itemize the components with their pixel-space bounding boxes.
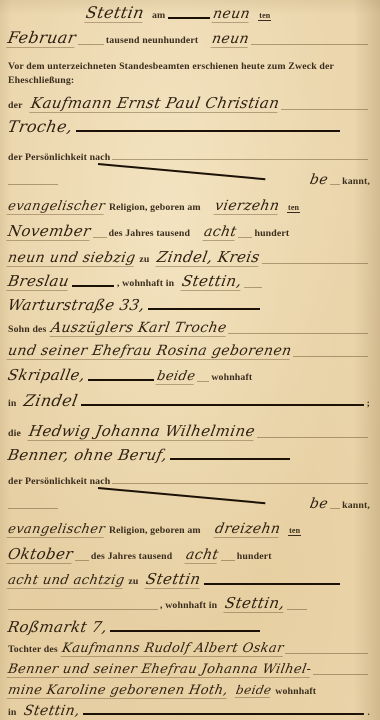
printed-label-am: am [152,10,165,21]
bride-residence-handwritten: Stettin, [224,594,287,613]
bride-religion-handwritten: evangelischer [7,522,107,538]
groom-identity-row-2: be kannt, [8,172,370,188]
groom-birth-row-4: Breslau , wohnhaft in Stettin, [8,272,370,291]
printed-suffix-ten: ten [287,203,300,213]
groom-parents-row-3: Skripalle, beide wohnhaft [8,366,370,385]
groom-birth-place-cont-handwritten: Breslau [6,272,70,291]
printed-label-persoenlichkeit: der Persönlichkeit nach [8,152,110,163]
bride-street-handwritten: Roßmarkt 7, [6,618,108,636]
groom-beide-handwritten: beide [156,369,197,385]
groom-birth-place-handwritten: Zindel, Kreis [156,248,262,267]
printed-label-religion-geboren: Religion, geboren am [109,525,201,536]
dateline-day-handwritten: neun [212,6,252,23]
bride-given-names-handwritten: Hedwig Johanna Wilhelmine [27,422,256,441]
groom-name-row-2: Troche, [8,117,370,136]
groom-birth-row-1: evangelischer Religion, geboren am vierz… [8,198,370,215]
groom-birth-month-handwritten: November [6,222,92,241]
bride-birth-row-2: Oktober des Jahres tausend acht hundert [8,545,370,564]
printed-label-tochter-des: Tochter des [8,644,58,655]
printed-label-hundert: hundert [254,228,289,239]
bride-birth-row-3: acht und achtzig zu Stettin [8,570,370,589]
printed-label-persoenlichkeit: der Persönlichkeit nach [8,476,110,487]
bride-street-row: Roßmarkt 7, [8,618,370,636]
groom-identity-be-handwritten: be [309,172,330,188]
bride-father-cont-handwritten: Benner und seiner Ehefrau Johanna Wilhel… [7,662,313,678]
printed-label-tausend-neunhundert: tausend neunhundert [106,35,198,46]
intro-paragraph: Vor dem unterzeichneten Standesbeamten e… [8,60,372,88]
groom-parents-row-4: in Zindel ; [8,391,370,410]
marriage-record-scan: Stettin am neun ten Februar tausend neun… [0,0,380,720]
groom-street-row: Warturstraße 33, [8,296,370,314]
printed-label-kannt: kannt, [342,176,370,187]
dateline-place-handwritten: Stettin [84,3,145,23]
groom-surname-handwritten: Troche, [6,117,74,136]
printed-label-der: der [8,100,23,111]
bride-birth-year-handwritten: acht und achtzig [7,573,126,589]
groom-birth-row-3: neun und siebzig zu Zindel, Kreis [8,248,370,267]
groom-parents-residence-handwritten: Zindel [23,391,80,410]
groom-religion-handwritten: evangelischer [7,199,107,215]
bride-birth-century-handwritten: acht [185,547,220,564]
printed-label-zu: zu [139,254,149,265]
printed-label-religion-geboren: Religion, geboren am [109,202,201,213]
printed-label-in: in [8,707,16,718]
printed-label-wohnhaft-in: , wohnhaft in [160,600,217,611]
dateline-row-2: Februar tausend neunhundert neun [8,28,370,48]
bride-identity-be-handwritten: be [309,496,330,512]
groom-parents-row-2: und seiner Ehefrau Rosina geborenen [8,343,370,360]
dateline-year-handwritten: neun [211,31,251,48]
bride-beide-handwritten: beide [235,683,273,698]
printed-label-wohnhaft-in: , wohnhaft in [117,278,174,289]
groom-parents-row-1: Sohn des Auszüglers Karl Troche [8,320,370,337]
groom-mother-maiden-handwritten: Skripalle, [6,366,86,384]
printed-label-wohnhaft: wohnhaft [275,686,316,697]
groom-identity-row-1: der Persönlichkeit nach [8,152,370,163]
bride-birth-place-handwritten: Stettin [145,570,203,589]
bride-birth-row-1: evangelischer Religion, geboren am dreiz… [8,521,370,538]
bride-identity-row-2: be kannt, [8,496,370,512]
bride-father-handwritten: Kaufmanns Rudolf Albert Oskar [60,641,284,657]
printed-label-in: in [8,398,16,409]
bride-parents-residence-handwritten: Stettin, [23,703,82,719]
groom-residence-handwritten: Stettin, [181,272,244,291]
groom-occupation-names-handwritten: Kaufmann Ernst Paul Christian [29,94,281,113]
groom-street-handwritten: Warturstraße 33, [6,296,146,314]
bride-parents-row-3: mine Karoline geborenen Hoth, beide wohn… [8,683,370,699]
printed-label-wohnhaft: wohnhaft [211,372,252,383]
printed-label-hundert: hundert [237,551,272,562]
bride-parents-row-1: Tochter des Kaufmanns Rudolf Albert Oska… [8,641,370,657]
bride-birth-month-handwritten: Oktober [6,545,74,564]
groom-name-row-1: der Kaufmann Ernst Paul Christian [8,94,370,113]
groom-birth-century-handwritten: acht [203,224,238,241]
groom-father-handwritten: Auszüglers Karl Troche [49,320,228,337]
bride-parents-row-2: Benner und seiner Ehefrau Johanna Wilhel… [8,662,370,678]
groom-birth-year-handwritten: neun und siebzig [7,250,137,267]
printed-suffix-ten: ten [288,526,301,536]
printed-label-des-jahres: des Jahres tausend [91,551,172,562]
groom-birth-day-handwritten: vierzehn [213,198,280,215]
bride-birth-day-handwritten: dreizehn [213,521,281,538]
printed-semicolon: ; [367,398,370,409]
bride-name-row-2: Benner, ohne Beruf, [8,446,370,464]
bride-mother-handwritten: mine Karoline geborenen Hoth, [7,683,230,699]
bride-surname-occupation-handwritten: Benner, ohne Beruf, [6,446,168,464]
groom-birth-row-2: November des Jahres tausend acht hundert [8,222,370,241]
bride-name-row-1: die Hedwig Johanna Wilhelmine [8,422,370,441]
printed-period: . [367,707,370,718]
bride-parents-row-4: in Stettin, . [8,703,370,719]
printed-label-kannt: kannt, [342,500,370,511]
printed-label-des-jahres: des Jahres tausend [109,228,190,239]
dateline-month-handwritten: Februar [6,28,77,48]
printed-label-sohn-des: Sohn des [8,324,47,335]
printed-label-zu: zu [128,576,138,587]
bride-birth-row-4: , wohnhaft in Stettin, [8,594,370,613]
printed-suffix-ten: ten [258,11,271,21]
groom-mother-line-handwritten: und seiner Ehefrau Rosina geborenen [7,343,293,360]
dateline-row-1: Stettin am neun ten [86,3,370,23]
printed-label-die: die [8,428,21,439]
bride-identity-row-1: der Persönlichkeit nach [8,476,370,487]
